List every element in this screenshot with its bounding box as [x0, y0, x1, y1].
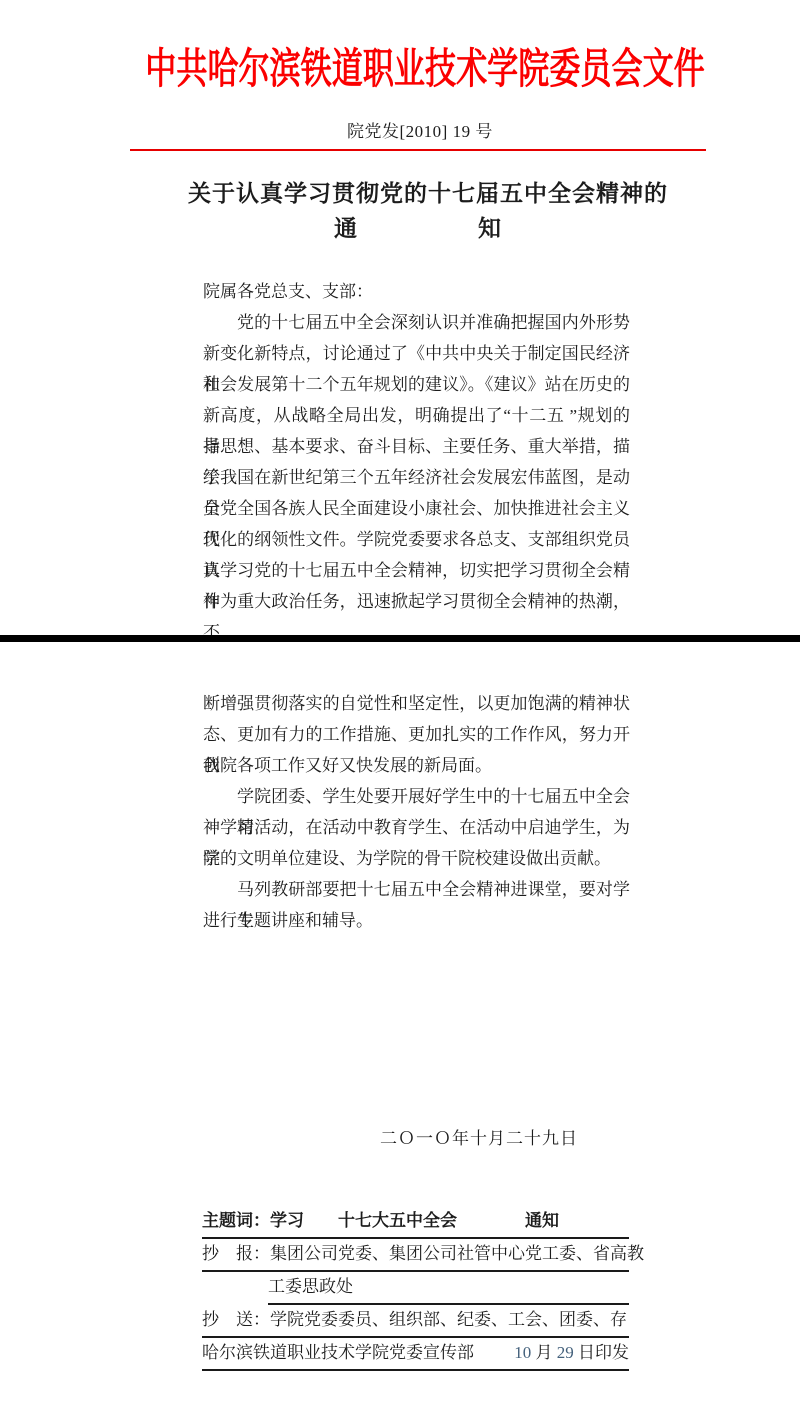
print-date-day-num2: 29: [557, 1343, 574, 1362]
body-line: 断增强贯彻落实的自觉性和坚定性，以更加饱满的精神状: [203, 688, 630, 719]
body-page1: 院属各党总支、支部： 党的十七届五中全会深刻认识并准确把握国内外形势 新变化新特…: [203, 276, 630, 617]
body-line: 真学习党的十七届五中全会精神，切实把学习贯彻全会精神: [203, 555, 630, 586]
official-document-page: 中共哈尔滨铁道职业技术学院委员会文件 院党发[2010] 19 号 关于认真学习…: [0, 0, 800, 1410]
copy-report-continuation-text: 工委思政处: [268, 1277, 353, 1296]
body-line: 学院团委、学生处要开展好学生中的十七届五中全会精: [203, 781, 630, 812]
copy-report-continuation-row: 工委思政处: [268, 1272, 629, 1305]
body-line: 新高度，从战略全局出发，明确提出了“十二五 ”规划的指: [203, 400, 630, 431]
doc-title-line2: 通 知: [188, 210, 648, 243]
subject-keywords-text: 主题词：学习 十七大五中全会 通知: [202, 1211, 559, 1230]
print-date-month-label: 月: [536, 1343, 553, 1362]
issuer-row: 哈尔滨铁道职业技术学院党委宣传部 10 月 29 日印发: [202, 1338, 629, 1371]
body-line: 进行专题讲座和辅导。: [203, 905, 630, 936]
footer-block: 主题词：学习 十七大五中全会 通知 抄 报：集团公司党委、集团公司社管中心党工委…: [202, 1206, 629, 1371]
body-line: 态、更加有力的工作措施、更加扎实的工作作风，努力开创: [203, 719, 630, 750]
copy-send-text: 抄 送：学院党委委员、组织部、纪委、工会、团委、存: [202, 1310, 627, 1329]
body-page2: 断增强贯彻落实的自觉性和坚定性，以更加饱满的精神状 态、更加有力的工作措施、更加…: [203, 688, 630, 936]
signature-date: 二Ｏ一Ｏ年十月二十九日: [380, 1124, 578, 1149]
copy-report-row: 抄 报：集团公司党委、集团公司社管中心党工委、省高教: [202, 1239, 629, 1272]
body-line: 导思想、基本要求、奋斗目标、主要任务、重大举措，描绘: [203, 431, 630, 462]
org-title-text: 中共哈尔滨铁道职业技术学院委员会文件: [145, 36, 704, 96]
doc-title-line1: 关于认真学习贯彻党的十七届五中全会精神的: [188, 175, 648, 208]
body-line: 作为重大政治任务，迅速掀起学习贯彻全会精神的热潮，不: [203, 586, 630, 617]
salutation: 院属各党总支、支部：: [203, 276, 630, 307]
body-line: 新变化新特点，讨论通过了《中共中央关于制定国民经济和: [203, 338, 630, 369]
issuer-text: 哈尔滨铁道职业技术学院党委宣传部: [202, 1338, 474, 1369]
copy-send-row: 抄 送：学院党委委员、组织部、纪委、工会、团委、存: [202, 1305, 629, 1338]
doc-number: 院党发[2010] 19 号: [347, 117, 493, 142]
red-letterhead: 中共哈尔滨铁道职业技术学院委员会文件: [25, 36, 800, 96]
body-line: 院的文明单位建设、为学院的骨干院校建设做出贡献。: [203, 843, 630, 874]
subject-keywords-row: 主题词：学习 十七大五中全会 通知: [202, 1206, 629, 1239]
red-divider-line: [130, 149, 706, 151]
print-date: 10 月 29 日印发: [514, 1338, 629, 1369]
body-line: 全党全国各族人民全面建设小康社会、加快推进社会主义现: [203, 493, 630, 524]
body-line: 代化的纲领性文件。学院党委要求各总支、支部组织党员认: [203, 524, 630, 555]
body-line: 我院各项工作又好又快发展的新局面。: [203, 750, 630, 781]
print-date-day-num: 10: [514, 1343, 531, 1362]
body-line: 了我国在新世纪第三个五年经济社会发展宏伟蓝图，是动员: [203, 462, 630, 493]
body-line: 马列教研部要把十七届五中全会精神进课堂，要对学生: [203, 874, 630, 905]
body-line: 党的十七届五中全会深刻认识并准确把握国内外形势: [203, 307, 630, 338]
body-line: 社会发展第十二个五年规划的建议》。《建议》站在历史的: [203, 369, 630, 400]
body-line: 神学习活动，在活动中教育学生、在活动中启迪学生，为学: [203, 812, 630, 843]
copy-report-text: 抄 报：集团公司党委、集团公司社管中心党工委、省高教: [202, 1244, 644, 1263]
page-break-bar: [0, 635, 800, 642]
print-date-suffix: 日印发: [578, 1343, 629, 1362]
